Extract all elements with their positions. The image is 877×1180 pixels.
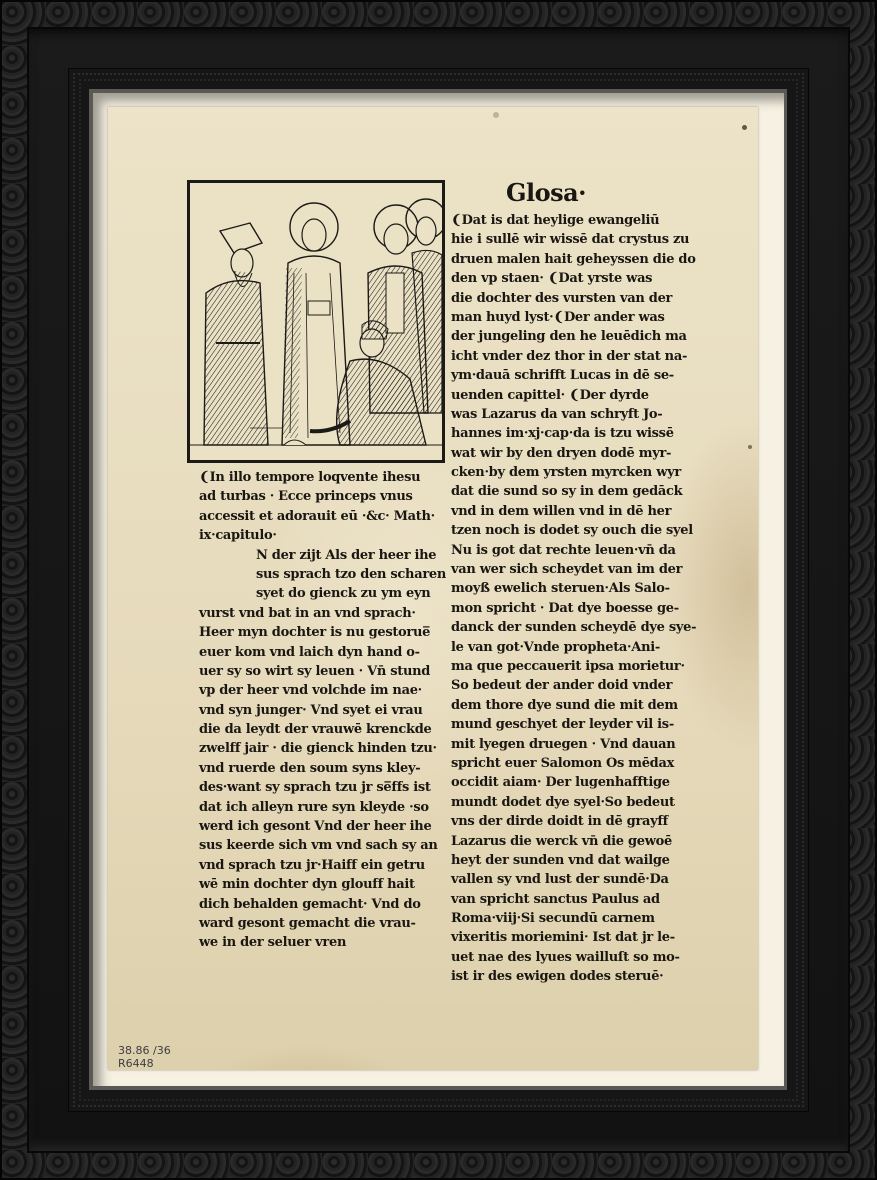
text-line: ward gesont gemacht die vrau-: [199, 914, 429, 933]
text-line: vnd sprach tzu jr·Haiff ein getru: [199, 856, 429, 875]
inventory-number: 38.86 /36: [118, 1044, 171, 1057]
text-line: vallen sy vnd lust der sundē·Da: [451, 870, 671, 889]
gloss-text-column: ❨Dat is dat heylige ewangeliū hie i sull…: [451, 211, 671, 987]
text-line: mit lyegen druegen · Vnd dauan: [451, 735, 671, 754]
text-line: So bedeut der ander doid vnder: [451, 676, 671, 695]
text-line: syet do gienck zu ym eyn: [199, 584, 429, 603]
text-line: icht vnder dez thor in der stat na-: [451, 347, 671, 366]
text-line: die dochter des vursten van der: [451, 289, 671, 308]
text-line: werd ich gesont Vnd der heer ihe: [199, 817, 429, 836]
text-line: wē min dochter dyn glouff hait: [199, 875, 429, 894]
text-line: vns der dirde doidt in dē grayff: [451, 812, 671, 831]
text-line: vurst vnd bat in an vnd sprach·: [199, 604, 429, 623]
text-line: mund geschyet der leyder vil is-: [451, 715, 671, 734]
text-line: vnd in dem willen vnd in dē her: [451, 502, 671, 521]
text-line: der jungeling den he leuēdich ma: [451, 327, 671, 346]
text-line: Heer myn dochter is nu gestorue̅: [199, 623, 429, 642]
text-line: spricht euer Salomon Os mēdax: [451, 754, 671, 773]
text-line: dem thore dye sund die mit dem: [451, 696, 671, 715]
text-line: druen malen hait geheyssen die do: [451, 250, 671, 269]
text-line: cken·by dem yrsten myrcken wyr: [451, 463, 671, 482]
text-line: dat die sund so sy in dem gedāck: [451, 482, 671, 501]
text-line: ad turbas · Ecce princeps vnus: [199, 487, 429, 506]
text-line: Roma·viij·Si secundū carnem: [451, 909, 671, 928]
text-line: occidit aiam· Der lugenhafftige: [451, 773, 671, 792]
foxing-spot: [742, 125, 747, 130]
text-line: Lazarus die werck vn̄ die gewoē: [451, 832, 671, 851]
text-line: sus sprach tzo den scharen: [199, 565, 429, 584]
text-line: mon spricht · Dat dye boesse ge-: [451, 599, 671, 618]
text-line: accessit et adorauit eū ·&c· Math·: [199, 507, 429, 526]
foxing-spot: [493, 112, 499, 118]
gospel-text-column: ❨In illo tempore loqvente ihesu ad turba…: [199, 468, 429, 953]
text-line: uer sy so wirt sy leuen · Vn̄ stund: [199, 662, 429, 681]
text-line: vixeritis moriemini· Ist dat jr le-: [451, 928, 671, 947]
text-line: uet nae des lyues wailluſt so mo-: [451, 948, 671, 967]
text-line: we in der seluer vren: [199, 933, 429, 952]
inventory-note: 38.86 /36 R6448: [118, 1044, 171, 1070]
text-line: hannes im·xj·cap·da is tzu wissē: [451, 424, 671, 443]
text-line: vp der heer vnd volchde im nae·: [199, 681, 429, 700]
text-line: danck der sunden scheydē dye sye-: [451, 618, 671, 637]
text-line: wat wir by den dryen dodē myr-: [451, 444, 671, 463]
text-line: mundt dodet dye syel·So bedeut: [451, 793, 671, 812]
text-line: van wer sich scheydet van im der: [451, 560, 671, 579]
text-line: uenden capittel· ❨Der dyrde: [451, 386, 671, 405]
text-line: le van got·Vnde propheta·Ani-: [451, 638, 671, 657]
text-line: des·want sy sprach tzu jr se̅ffs ist: [199, 778, 429, 797]
text-line: N der zijt Als der heer ihe: [199, 546, 429, 565]
text-line: dat ich alleyn rure syn kleyde ·so: [199, 798, 429, 817]
text-line: Nu is got dat rechte leuen·vn̄ da: [451, 541, 671, 560]
text-line: van spricht sanctus Paulus ad: [451, 890, 671, 909]
woodcut-figures-icon: [190, 183, 442, 460]
text-line: man huyd lyst·❨Der ander was: [451, 308, 671, 327]
text-line: die da leydt der vrauwē krenckde: [199, 720, 429, 739]
text-line: hie i sullē wir wissē dat crystus zu: [451, 230, 671, 249]
text-line: ym·dauā schrifft Lucas in dē se-: [451, 366, 671, 385]
text-line: ix·capitulo·: [199, 526, 429, 545]
text-line: euer kom vnd laich dyn hand o-: [199, 643, 429, 662]
text-line: tzen noch is dodet sy ouch die syel: [451, 521, 671, 540]
text-line: sus keerde sich vm vnd sach sy an: [199, 836, 429, 855]
text-line: den vp staen· ❨Dat yrste was: [451, 269, 671, 288]
gloss-heading: Glosa·: [506, 178, 586, 207]
text-line: vnd ruerde den soum syns kley-: [199, 759, 429, 778]
foxing-spot: [748, 445, 752, 449]
text-line: moyß ewelich steruen·Als Salo-: [451, 579, 671, 598]
text-line: ❨Dat is dat heylige ewangeliū: [451, 211, 671, 230]
text-line: dich behalden gemacht· Vnd do: [199, 895, 429, 914]
text-line: vnd syn junger· Vnd syet ei vrau: [199, 701, 429, 720]
text-line: zwelff jair · die gienck hinden tzu·: [199, 739, 429, 758]
text-line: ma que peccauerit ipsa morietur·: [451, 657, 671, 676]
inventory-code: R6448: [118, 1057, 171, 1070]
text-line: heyt der sunden vnd dat wailge: [451, 851, 671, 870]
text-line: ❨In illo tempore loqvente ihesu: [199, 468, 429, 487]
text-line: ist ir des ewigen dodes steruē·: [451, 967, 671, 986]
text-line: was Lazarus da van schryft Jo-: [451, 405, 671, 424]
woodcut-illustration: [187, 180, 445, 463]
